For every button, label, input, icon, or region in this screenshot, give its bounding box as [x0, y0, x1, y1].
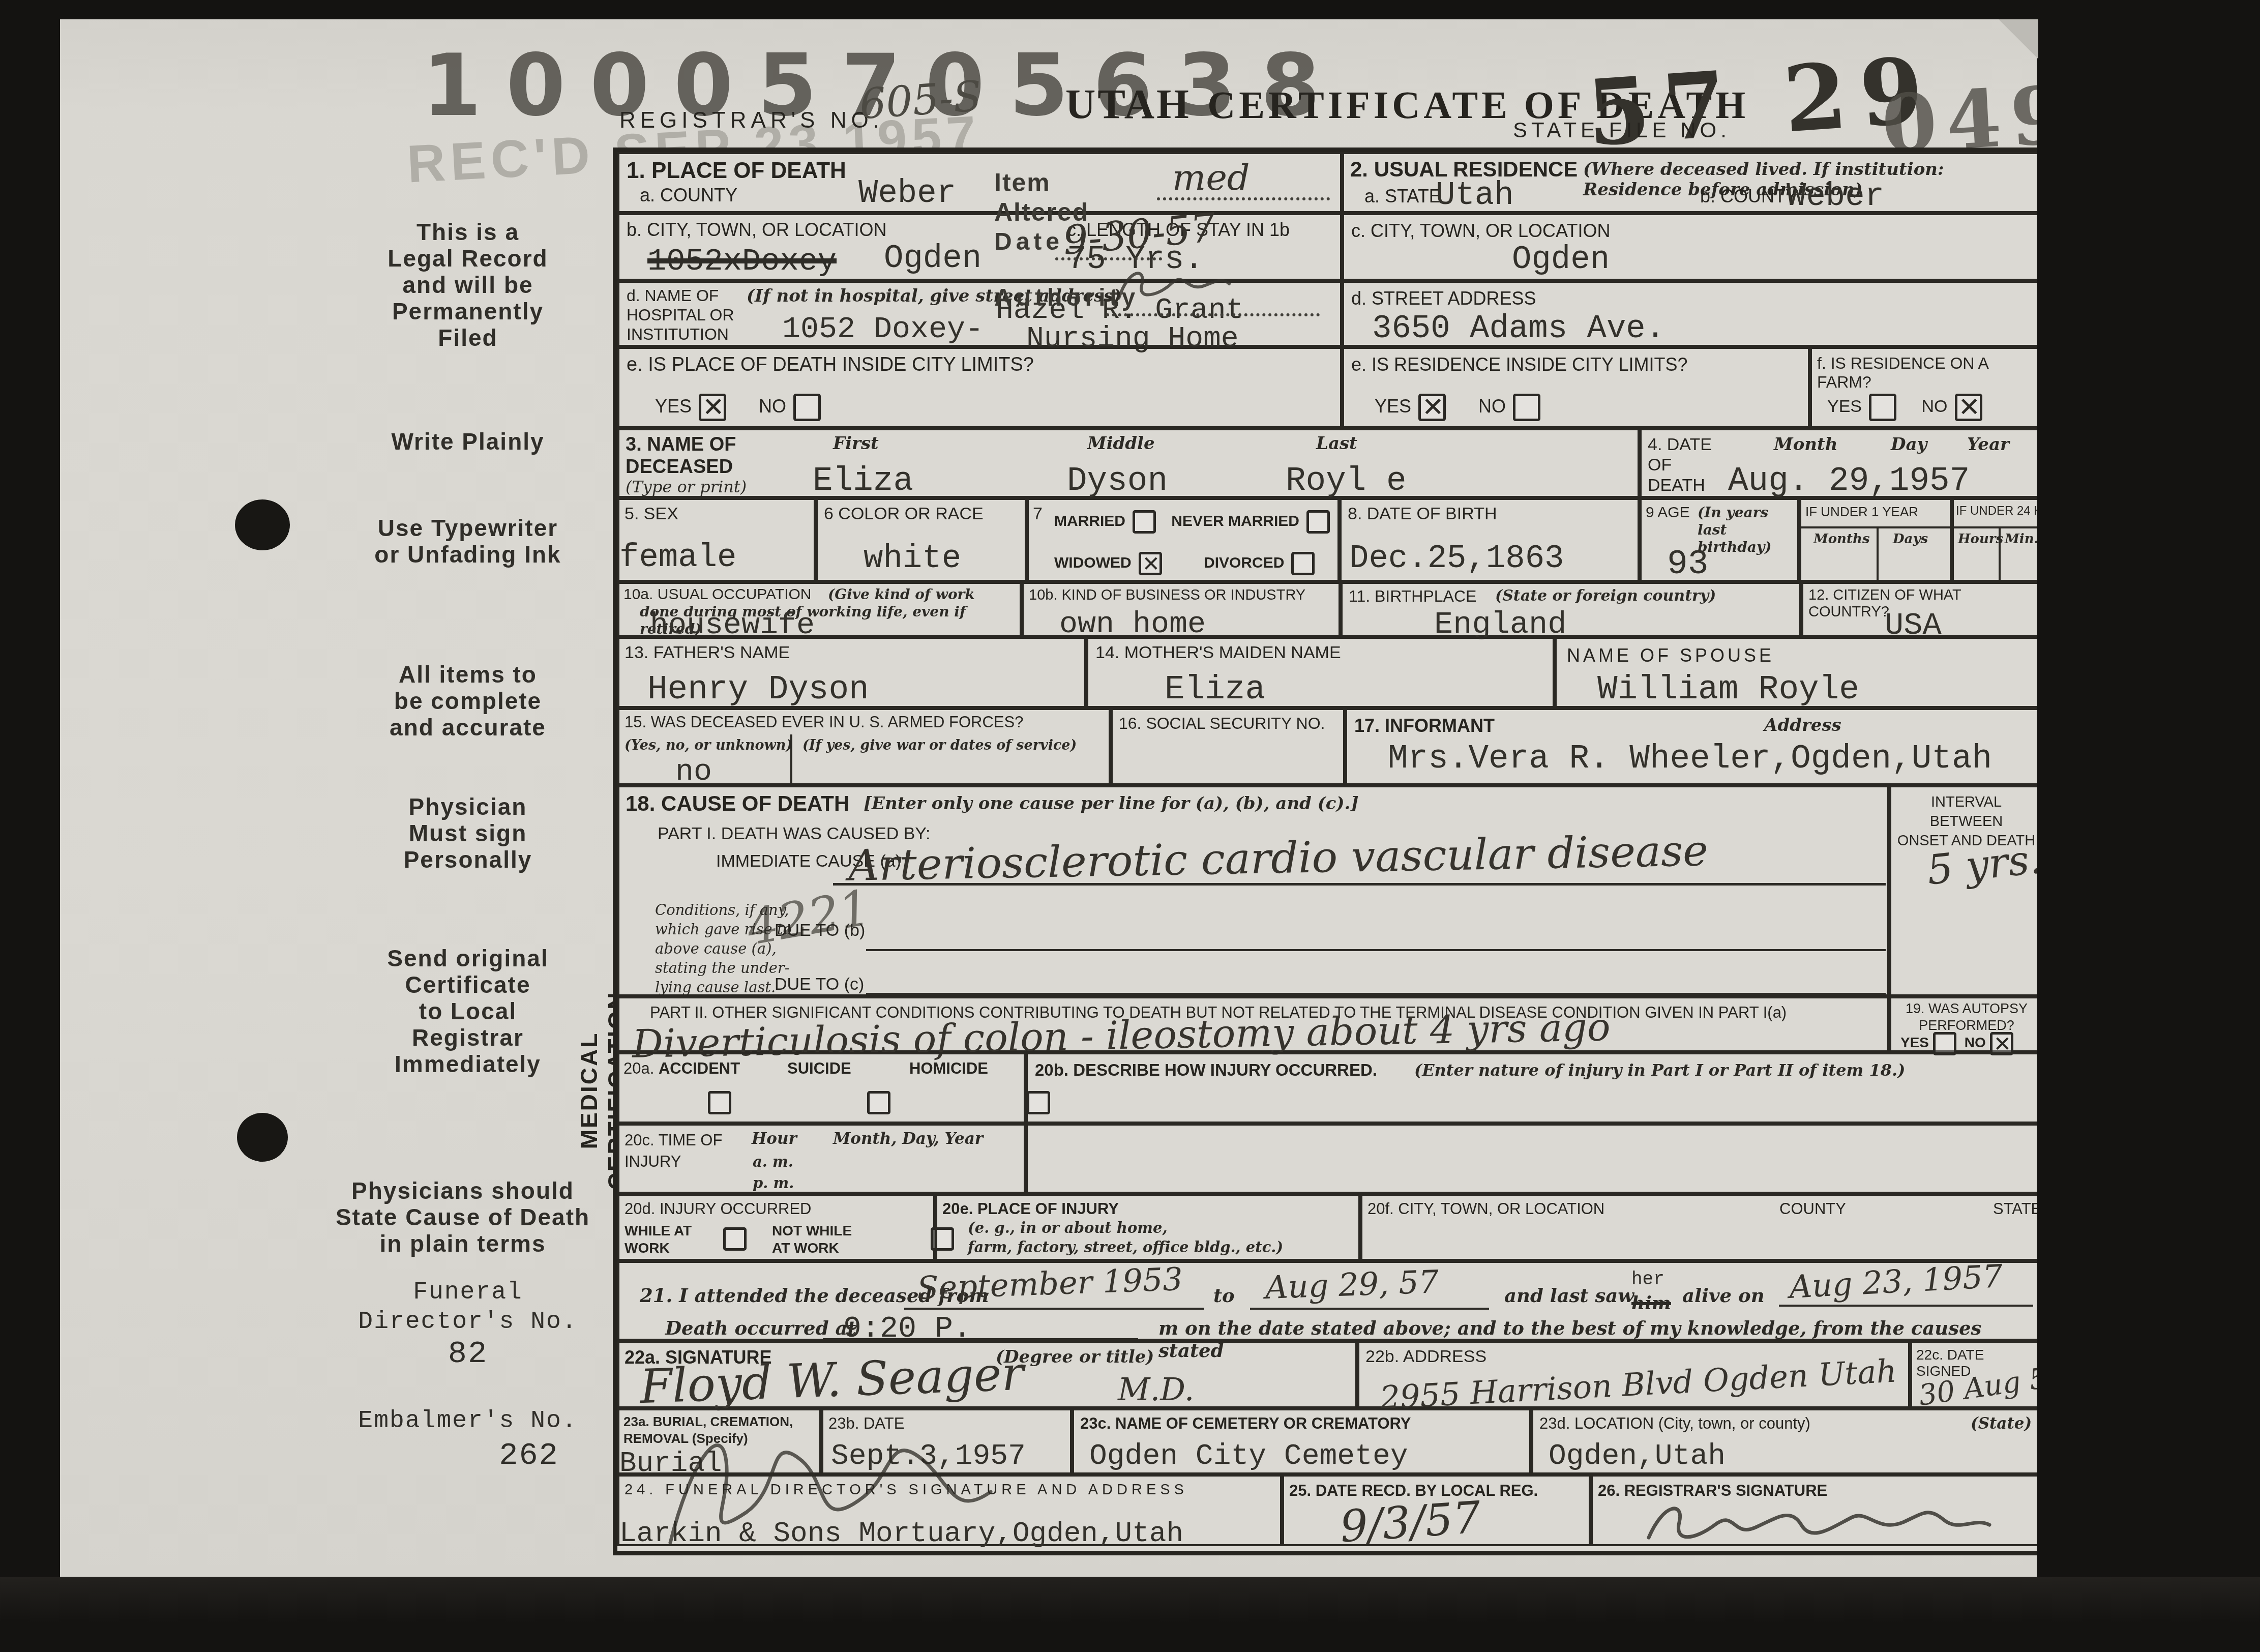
color-race-value: white	[864, 541, 961, 577]
yes-checkbox-checked	[1418, 394, 1446, 421]
no-label: NO	[1922, 397, 1948, 416]
residence-city-limits-boxes: YES NO	[1375, 394, 1548, 421]
note-physician-sign: PhysicianMust signPersonally	[310, 793, 626, 873]
name-deceased-hint: (Type or print)	[626, 477, 747, 496]
dob-value: Dec.25,1863	[1349, 541, 1564, 577]
no-label: NO	[1965, 1035, 1986, 1050]
hospital-street-value: 1052 Doxey-	[782, 312, 984, 347]
accident-label: 20a. ACCIDENT	[623, 1059, 740, 1078]
yes-label: YES	[1827, 397, 1862, 416]
marital-row-2: WIDOWED DIVORCED	[1054, 552, 1322, 575]
to-underline	[1250, 1308, 1489, 1310]
field-funeral-director: 24. FUNERAL DIRECTOR'S SIGNATURE AND ADD…	[617, 1474, 1282, 1546]
death-certificate-scan: 10005705638 REC'D SEP 23 1957 REGISTRAR'…	[0, 0, 2260, 1652]
under-24-topline	[1954, 526, 2039, 528]
suicide-label: SUICIDE	[787, 1059, 851, 1078]
field-injury-city-county-state: 20f. CITY, TOWN, OR LOCATION COUNTY STAT…	[1360, 1194, 2041, 1261]
last-saw-label: and last saw	[1504, 1284, 1634, 1307]
pm-label: p. m.	[753, 1174, 794, 1192]
never-married-label: NEVER MARRIED	[1171, 513, 1299, 529]
cause-title-hint: [Enter only one cause per line for (a), …	[864, 793, 1359, 814]
birthplace-hint: (State or foreign country)	[1495, 587, 1716, 605]
mothers-name-label: 14. MOTHER'S MAIDEN NAME	[1095, 643, 1341, 663]
state-label: a. STATE	[1364, 186, 1441, 207]
field-mothers-maiden-name: 14. MOTHER'S MAIDEN NAME Eliza	[1086, 637, 1555, 708]
age-value: 93	[1667, 545, 1709, 584]
hours-label: Hours	[1958, 532, 2003, 547]
spouse-label: NAME OF SPOUSE	[1567, 645, 1774, 666]
state-value: Utah	[1436, 178, 1514, 214]
not-while-at-work-label: NOT WHILEAT WORK	[772, 1222, 852, 1257]
cemetery-location-label: 23d. LOCATION (City, town, or county)	[1539, 1414, 1810, 1433]
cemetery-label: 23c. NAME OF CEMETERY OR CREMATORY	[1080, 1414, 1411, 1433]
certificate-form: 1. PLACE OF DEATH a. COUNTY Weber 2. USU…	[613, 147, 2046, 1555]
authority-dots	[1106, 313, 1320, 316]
from-underline	[904, 1308, 1204, 1310]
embalmers-no-label: Embalmer's No.	[310, 1408, 626, 1434]
business-label: 10b. KIND OF BUSINESS OR INDUSTRY	[1029, 587, 1305, 604]
field-informant: 17. INFORMANT Address Mrs.Vera R. Wheele…	[1345, 708, 2041, 785]
county-a-label: a. COUNTY	[640, 185, 737, 206]
month-header: Month	[1774, 434, 1837, 455]
due-to-b-label: DUE TO (b)	[775, 921, 865, 940]
injury-county-label: COUNTY	[1779, 1200, 1846, 1218]
never-married-checkbox	[1306, 510, 1330, 534]
field-birthplace: 11. BIRTHPLACE (State or foreign country…	[1341, 582, 1801, 637]
field-residence-city: c. CITY, TOWN, OR LOCATION Ogden	[1342, 213, 2041, 281]
time-injury-label: 20c. TIME OFINJURY	[625, 1130, 722, 1172]
describe-injury-hint: (Enter nature of injury in Part I or Par…	[1414, 1060, 1905, 1080]
scan-edge-left	[0, 0, 60, 1652]
place-of-death-title: 1. PLACE OF DEATH	[627, 158, 846, 184]
no-checkbox	[1513, 394, 1540, 421]
injury-occurred-label: 20d. INJURY OCCURRED	[625, 1200, 812, 1218]
field-usual-occupation: 10a. USUAL OCCUPATION (Give kind of work…	[617, 582, 1022, 637]
months-label: Months	[1813, 532, 1870, 547]
field-date-of-birth: 8. DATE OF BIRTH Dec.25,1863	[1340, 498, 1640, 582]
year-header: Year	[1967, 434, 2009, 455]
under-1-year-divider	[1877, 526, 1879, 584]
divorced-label: DIVORCED	[1204, 554, 1284, 571]
armed-forces-hint1: (Yes, no, or unknown)	[625, 737, 792, 753]
yes-label: YES	[1900, 1035, 1929, 1050]
no-label: NO	[759, 396, 786, 417]
death-city-limits-label: e. IS PLACE OF DEATH INSIDE CITY LIMITS?	[627, 354, 1034, 376]
hospital-label: d. NAME OFHOSPITAL ORINSTITUTION	[627, 286, 734, 344]
field-date-of-death: 4. DATEOFDEATH Month Day Year Aug. 29,19…	[1640, 428, 2041, 498]
note-use-typewriter: Use Typewriteror Unfading Ink	[310, 515, 626, 568]
under-1-year-topline	[1801, 526, 1950, 528]
field-kind-of-business: 10b. KIND OF BUSINESS OR INDUSTRY own ho…	[1022, 582, 1341, 637]
armed-forces-value: no	[675, 755, 712, 789]
field-sex: 5. SEX female	[617, 498, 816, 582]
field-cause-of-death: 18. CAUSE OF DEATH [Enter only one cause…	[617, 785, 1889, 996]
funeral-director-signature-scribble	[650, 1400, 1006, 1553]
death-city-limits-boxes: YES NO	[655, 394, 828, 421]
date-received-value: 9/3/57	[1339, 1492, 1482, 1552]
street-address-value: 3650 Adams Ave.	[1372, 311, 1665, 347]
immediate-cause-value: Arteriosclerotic cardio vascular disease	[848, 825, 1708, 890]
under-1-year-label: IF UNDER 1 YEAR	[1805, 504, 1918, 520]
her-typed: her	[1631, 1269, 1664, 1290]
injury-city-label: 20f. CITY, TOWN, OR LOCATION	[1367, 1200, 1604, 1218]
date-of-death-value: Aug. 29,1957	[1728, 462, 1970, 500]
name-deceased-title: 3. NAME OFDECEASED	[626, 433, 736, 478]
informant-label: 17. INFORMANT	[1354, 715, 1495, 736]
field-registrar-signature: 26. REGISTRAR'S SIGNATURE	[1591, 1474, 2041, 1546]
field-street-address: d. STREET ADDRESS 3650 Adams Ave.	[1342, 281, 2041, 347]
field-attended-statement: 21. I attended the deceased from Septemb…	[617, 1261, 2041, 1341]
field-city-town-location: b. CITY, TOWN, OR LOCATION 1052xDoxey Og…	[617, 213, 1342, 281]
armed-forces-divider	[790, 734, 792, 787]
altered-date-dots	[1055, 257, 1162, 260]
divorced-checkbox	[1291, 552, 1315, 575]
no-checkbox	[793, 394, 821, 421]
marital-num: 7	[1033, 504, 1043, 524]
last-name-value: Royl e	[1286, 462, 1407, 500]
alive-on-label: alive on	[1682, 1284, 1765, 1307]
field-name-of-deceased: 3. NAME OFDECEASED (Type or print) First…	[617, 428, 1640, 498]
field-cemetery-location: 23d. LOCATION (City, town, or county) (S…	[1531, 1408, 2041, 1474]
due-to-c-label: DUE TO (c)	[775, 975, 864, 994]
field-name-of-spouse: NAME OF SPOUSE William Royle	[1555, 637, 2041, 708]
field-was-autopsy-performed: 19. WAS AUTOPSYPERFORMED? YES NO	[1889, 996, 2041, 1052]
altered-date-label: Date	[994, 228, 1063, 256]
alive-underline	[1779, 1305, 2033, 1307]
yes-label: YES	[655, 396, 692, 417]
field-age: 9 AGE (In years last birthday) 93	[1640, 498, 1799, 582]
age-label: 9 AGE	[1646, 504, 1690, 521]
physician-address-label: 22b. ADDRESS	[1365, 1347, 1486, 1367]
dob-label: 8. DATE OF BIRTH	[1348, 504, 1497, 524]
days-label: Days	[1893, 532, 1928, 547]
min-label: Min.	[2005, 532, 2039, 547]
cemetery-location-value: Ogden,Utah	[1549, 1440, 1726, 1473]
fathers-name-label: 13. FATHER'S NAME	[625, 643, 790, 663]
field-date-signed: 22c. DATE SIGNED 30 Aug 57	[1910, 1341, 2041, 1408]
registrar-signature-scribble	[1639, 1497, 1995, 1548]
item-altered-dots	[1157, 197, 1330, 200]
field-physician-address: 22b. ADDRESS 2955 Harrison Blvd Ogden Ut…	[1357, 1341, 1910, 1408]
age-hint: (In years last birthday)	[1698, 504, 1794, 556]
widowed-label: WIDOWED	[1054, 554, 1132, 571]
marital-row-1: MARRIED NEVER MARRIED	[1054, 510, 1337, 534]
spouse-value: William Royle	[1597, 670, 1859, 709]
informant-address-label: Address	[1764, 715, 1841, 735]
field-date-received: 25. DATE RECD. BY LOCAL REG. 9/3/57	[1282, 1474, 1591, 1546]
birthplace-label: 11. BIRTHPLACE	[1349, 587, 1476, 606]
city-town-value: Ogden	[884, 241, 982, 277]
death-occurred-label: Death occurred at	[665, 1317, 856, 1339]
note-write-plainly: Write Plainly	[310, 428, 626, 455]
ssn-label: 16. SOCIAL SECURITY NO.	[1119, 714, 1325, 733]
field-armed-forces: 15. WAS DECEASED EVER IN U. S. ARMED FOR…	[617, 708, 1111, 785]
funeral-directors-no-value: 82	[310, 1341, 626, 1367]
physician-degree-value: M.D.	[1118, 1371, 1194, 1408]
residence-farm-label: f. IS RESIDENCE ON A FARM?	[1817, 354, 2039, 392]
folded-corner	[1999, 19, 2038, 59]
yes-checkbox	[1869, 394, 1896, 421]
him-struck: him	[1631, 1292, 1671, 1314]
scan-edge-bottom	[0, 1577, 2260, 1652]
title-utah: UTAH	[1065, 81, 1191, 127]
accident-checkbox	[708, 1091, 731, 1114]
field-time-of-injury: 20c. TIME OFINJURY Hour a. m. p. m. Mont…	[617, 1124, 1026, 1194]
no-label: NO	[1478, 396, 1506, 417]
describe-injury-label: 20b. DESCRIBE HOW INJURY OCCURRED.	[1035, 1060, 1377, 1080]
field-death-inside-city-limits: e. IS PLACE OF DEATH INSIDE CITY LIMITS?…	[617, 347, 1342, 428]
field-citizen-country: 12. CITIZEN OF WHAT COUNTRY? USA	[1801, 582, 2041, 637]
field-injury-blank	[1026, 1124, 2041, 1194]
field-marital-status: 7 MARRIED NEVER MARRIED WIDOWED DIVORCED	[1027, 498, 1340, 582]
middle-name-value: Dyson	[1067, 462, 1168, 500]
field-physician-signature: 22a. SIGNATURE (Degree or title) Floyd W…	[617, 1341, 1357, 1408]
state-file-no-label: STATE FILE NO.	[1513, 118, 1731, 142]
injury-state-label: STATE	[1993, 1200, 2041, 1218]
yes-label: YES	[1375, 396, 1411, 417]
field-interval-onset-death: INTERVAL BETWEENONSET AND DEATH 5 yrs.	[1889, 785, 2041, 996]
attended-to-label: to	[1213, 1284, 1235, 1307]
authority-signature-scribble	[1111, 262, 1233, 308]
month-day-year-label: Month, Day, Year	[833, 1130, 983, 1148]
street-address-label: d. STREET ADDRESS	[1351, 288, 1536, 309]
cemetery-state-label: (State)	[1971, 1414, 2032, 1433]
punch-hole-top	[235, 499, 290, 550]
last-name-header: Last	[1316, 433, 1357, 454]
sex-value: female	[619, 540, 736, 576]
widowed-checkbox-checked	[1139, 552, 1162, 575]
field-other-significant-conditions: PART II. OTHER SIGNIFICANT CONDITIONS CO…	[617, 996, 1889, 1052]
field-residence-on-farm: f. IS RESIDENCE ON A FARM? YES NO	[1810, 347, 2041, 428]
item-altered-value: med	[1172, 157, 1250, 198]
note-all-items: All items tobe completeand accurate	[310, 661, 626, 741]
field-describe-injury: 20b. DESCRIBE HOW INJURY OCCURRED. (Ente…	[1026, 1052, 2041, 1124]
field-cemetery-name: 23c. NAME OF CEMETERY OR CREMATORY Ogden…	[1072, 1408, 1531, 1474]
scan-edge-top	[0, 0, 2260, 19]
field-usual-residence: 2. USUAL RESIDENCE (Where deceased lived…	[1342, 152, 2041, 213]
middle-name-header: Middle	[1087, 433, 1155, 454]
first-name-header: First	[833, 433, 879, 454]
fathers-name-value: Henry Dyson	[647, 670, 869, 709]
funeral-directors-no-label: FuneralDirector's No.	[310, 1278, 626, 1337]
residence-city-limits-label: e. IS RESIDENCE INSIDE CITY LIMITS?	[1351, 354, 1688, 375]
field-color-or-race: 6 COLOR OR RACE white	[816, 498, 1027, 582]
residence-county-label: b. COUNTY	[1700, 186, 1798, 207]
city-town-label: b. CITY, TOWN, OR LOCATION	[627, 219, 886, 241]
suicide-checkbox	[867, 1091, 890, 1114]
scan-edge-right	[2037, 0, 2260, 1652]
county-a-value: Weber	[858, 175, 956, 212]
field-if-under-24-hrs: IF UNDER 24 HRS Hours Min.	[1952, 498, 2041, 582]
place-injury-label: 20e. PLACE OF INJURY	[942, 1200, 1119, 1218]
no-checkbox-checked	[1955, 394, 1982, 421]
due-to-b-line	[866, 949, 1886, 951]
homicide-label: HOMICIDE	[909, 1059, 988, 1078]
note-legal-record: This is aLegal Recordand will bePermanen…	[310, 219, 626, 351]
field-residence-inside-city-limits: e. IS RESIDENCE INSIDE CITY LIMITS? YES …	[1342, 347, 1810, 428]
conditions-note: Conditions, if any,which gave rise toabo…	[655, 900, 792, 997]
residence-city-label: c. CITY, TOWN, OR LOCATION	[1351, 220, 1610, 242]
attended-to-value: Aug 29, 57	[1265, 1263, 1440, 1306]
date-of-death-title: 4. DATEOFDEATH	[1648, 434, 1712, 495]
residence-farm-boxes: YES NO	[1827, 394, 1989, 421]
time-underline	[823, 1338, 1138, 1340]
sex-label: 5. SEX	[625, 504, 678, 524]
city-struck-value: 1052xDoxey	[647, 243, 837, 279]
married-checkbox	[1133, 510, 1156, 534]
armed-forces-label: 15. WAS DECEASED EVER IN U. S. ARMED FOR…	[625, 713, 1023, 731]
field-if-under-1-year: IF UNDER 1 YEAR Months Days	[1799, 498, 1952, 582]
first-name-value: Eliza	[813, 462, 913, 500]
armed-forces-hint2: (If yes, give war or dates of service)	[802, 737, 1077, 753]
color-race-label: 6 COLOR OR RACE	[824, 504, 984, 524]
day-header: Day	[1891, 434, 1927, 455]
registrars-no-label: REGISTRAR'S NO.	[619, 108, 884, 133]
yes-checkbox-checked	[699, 394, 726, 421]
alive-on-value: Aug 23, 1957	[1788, 1257, 2003, 1306]
mothers-name-value: Eliza	[1165, 670, 1265, 709]
residence-county-value: Weber	[1787, 179, 1884, 215]
field-place-of-injury: 20e. PLACE OF INJURY (e. g., in or about…	[935, 1194, 1360, 1261]
hour-label: Hour	[752, 1130, 797, 1148]
am-label: a. m.	[753, 1153, 793, 1170]
cause-title: 18. CAUSE OF DEATH	[626, 791, 849, 816]
autopsy-label: 19. WAS AUTOPSYPERFORMED?	[1895, 1000, 2038, 1034]
field-social-security-no: 16. SOCIAL SECURITY NO.	[1111, 708, 1345, 785]
attended-from-value: September 1953	[916, 1260, 1183, 1307]
cemetery-value: Ogden City Cemetey	[1089, 1440, 1408, 1473]
married-label: MARRIED	[1054, 513, 1125, 529]
while-at-work-checkbox	[723, 1227, 747, 1251]
informant-value: Mrs.Vera R. Wheeler,Ogden,Utah	[1388, 740, 1992, 778]
due-to-c-line	[866, 993, 1886, 995]
residence-city-value: Ogden	[1512, 242, 1610, 278]
punch-hole-bottom	[237, 1113, 288, 1162]
field-fathers-name: 13. FATHER'S NAME Henry Dyson	[617, 637, 1086, 708]
registrars-no-value: 605-S	[858, 72, 983, 129]
place-injury-hint: (e. g., in or about home,farm, factory, …	[968, 1218, 1283, 1257]
field-accident-suicide-homicide: 20a. ACCIDENT SUICIDE HOMICIDE	[617, 1052, 1026, 1124]
while-at-work-label: WHILE ATWORK	[625, 1222, 692, 1257]
field-injury-occurred: 20d. INJURY OCCURRED WHILE ATWORK NOT WH…	[617, 1194, 935, 1261]
